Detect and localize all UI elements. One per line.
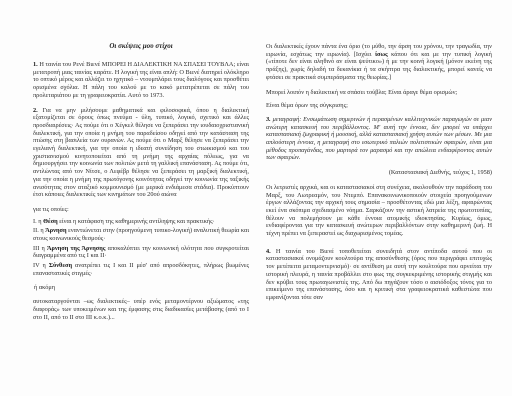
list-item-thesis: Ι. η Θέση είναι η κατάφαση της καθημεριν… [33,218,249,226]
page-title: Οι σκέψεις μου στίχοι [33,42,249,50]
paragraph-2-text: Για να μην μιλήσουμε μαθηματικά και φιλο… [33,107,249,199]
list-item-numeral: IV [33,262,40,269]
quotation-block: 3. μεταγραφή: Ενσωμάτωση σημερινών ή περ… [266,116,492,177]
list-item-negation: ΙΙ. η Άρνηση εναντιώνεται στην (προηγούμ… [33,227,249,242]
left-column: Οι σκέψεις μου στίχοι 1. Η ταινία του Ρε… [33,40,249,396]
list-intro: για τις οποίες: [33,206,249,214]
list-item-term: Θέση [43,218,58,225]
question-terms: Είναι θέμα όρων της σύγκρισης; [266,102,492,110]
quote-paragraph: 3. μεταγραφή: Ενσωμάτωση σημερινών ή περ… [266,116,492,162]
paragraph-2-number: 2. [33,107,38,114]
quote-citation: (Καταστασιακή Διεθνής, τεύχος 1, 1958) [266,169,492,177]
list-item-synthesis: IV η Σύνθεση ανατρέπει τις Ι και ΙΙ μέσ'… [33,262,249,277]
paragraph-1-number: 1. [33,61,38,68]
list-item-term: Άρνηση [45,227,66,234]
paragraph-limits: Οι διαλεκτικές έχουν πάντα ένα όριο (το … [266,43,492,82]
paragraph-2: 2. Για να μην μιλήσουμε μαθηματικά και φ… [33,107,249,199]
list-item-term: Άρνηση της Άρνησης [47,245,105,252]
question-bricks: Μπορεί λοιπόν η διαλεκτική να σπάσει τού… [266,89,492,97]
paragraph-limits-bold-word: ίσως [375,51,388,58]
or-line: ή ακόμη [34,284,249,292]
document-page: Οι σκέψεις μου στίχοι 1. Η ταινία του Ρε… [0,0,512,396]
paragraph-1: 1. Η ταινία του Ρενέ Βιενέ ΜΠΟΡΕΙ Η ΔΙΑΛ… [33,61,249,100]
paragraph-4-text: Η ταινία του Βιενέ τοποθετείται συνειδητ… [266,248,492,301]
right-column: Οι διαλεκτικές έχουν πάντα ένα όριο (το … [266,40,492,396]
list-item-rest: είναι η κατάφαση της καθημερινής αντίληψ… [58,218,215,225]
paragraph-4-number: 4. [266,248,271,255]
paragraph-lettrists: Οι λετριστές αρχικά, και οι καταστασιακο… [266,184,492,238]
quote-number: 3. [266,116,271,123]
list-item-numeral: ΙΙ. [33,227,39,234]
list-item-numeral: Ι. [33,218,37,225]
paragraph-1-text: Η ταινία του Ρενέ Βιενέ ΜΠΟΡΕΙ Η ΔΙΑΛΕΚΤ… [33,61,249,99]
paragraph-self-abolition: αυτοκαταργούνται –ως διαλεκτικές– υπέρ ε… [33,298,249,321]
quote-text: μεταγραφή: Ενσωμάτωση σημερινών ή περασμ… [266,116,492,162]
list-item-numeral: ΙΙΙ [33,245,39,252]
list-item-term: Σύνθεση [49,262,72,269]
list-item-negation-of-negation: ΙΙΙ η Άρνηση της Άρνησης αποκαλύπτει την… [33,245,249,260]
paragraph-4: 4. Η ταινία του Βιενέ τοποθετείται συνει… [266,248,492,302]
dialectic-list: Ι. η Θέση είναι η κατάφαση της καθημεριν… [33,218,249,278]
